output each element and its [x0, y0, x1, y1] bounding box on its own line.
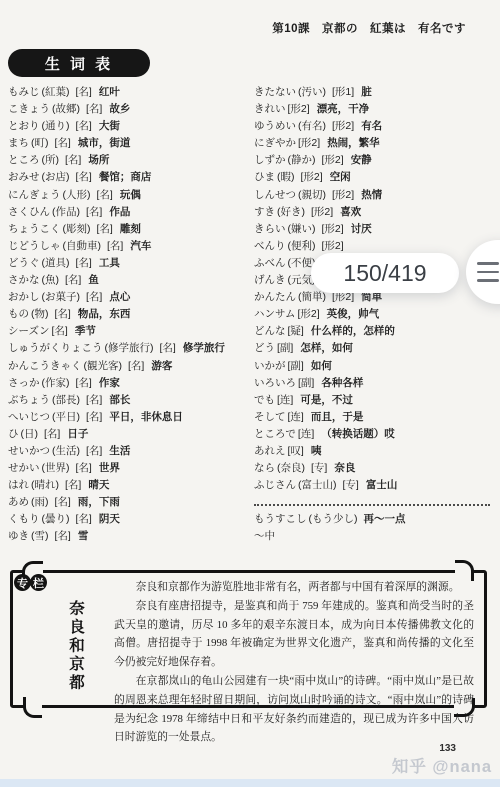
vocab-kana: ふべん: [254, 257, 286, 269]
vocab-meaning: 部长: [109, 394, 130, 406]
vocab-kana: はれ: [8, 479, 29, 491]
vocab-entry: すき(好き)[形2]喜欢: [254, 204, 492, 221]
vocab-kanji: (物): [31, 308, 49, 320]
vocab-entry: ところ(所)[名]场所: [8, 152, 254, 169]
vocab-kana: ゆうめい: [254, 120, 296, 132]
vocab-pos: [形2]: [298, 137, 320, 149]
vocab-kanji: (有名): [298, 120, 326, 132]
vocab-meaning: 漂亮，干净: [317, 103, 370, 115]
vocab-kana: でも: [254, 394, 275, 406]
vocab-kanji: (部長): [52, 394, 80, 406]
vocab-pos: [名]: [55, 530, 71, 542]
vocab-kana: ぶちょう: [8, 394, 50, 406]
vocab-entry: どんな[疑]什么样的，怎样的: [254, 323, 492, 340]
vocab-pos: [形2]: [322, 154, 344, 166]
vocab-kanji: (雨): [31, 496, 49, 508]
vocab-entry: なら(奈良)[专]奈良: [254, 460, 492, 477]
vocab-kanji: (もう少し): [309, 513, 358, 525]
vocab-pos: [连]: [288, 411, 304, 423]
vocab-kanji: (親切): [298, 189, 326, 201]
vocab-entry: へいじつ(平日)[名]平日，非休息日: [8, 409, 254, 426]
vocab-meaning: 场所: [88, 154, 109, 166]
vocab-kanji: (嫌い): [288, 223, 316, 235]
vocab-kanji: (静か): [288, 154, 316, 166]
vocab-entry: でも[连]可是，不过: [254, 392, 492, 409]
vocab-meaning: 作品: [109, 206, 130, 218]
vocab-kana: あれえ: [254, 445, 286, 457]
vocab-pos: [名]: [76, 462, 92, 474]
vocab-kanji: (お菓子): [42, 291, 81, 303]
vocab-pos: [名]: [51, 325, 67, 337]
vocab-entry: さくひん(作品)[名]作品: [8, 204, 254, 221]
vocab-kana: さかな: [8, 274, 40, 286]
vocab-entry: はれ(晴れ)[名]晴天: [8, 477, 254, 494]
vocab-kana: さくひん: [8, 206, 50, 218]
hamburger-menu-icon: [477, 279, 499, 282]
vocab-pos: [名]: [76, 377, 92, 389]
vocab-kanji: (紅葉): [42, 86, 70, 98]
vocab-pos: [副]: [277, 342, 293, 354]
box-corner-ornament: [23, 697, 42, 718]
column-paragraph: 奈良有座唐招提寺，是鉴真和尚于 759 年建成的。鉴真和尚受当时的圣武天皇的邀请…: [114, 597, 474, 672]
vocab-kana: おみせ: [8, 171, 40, 183]
vocab-kanji: (町): [31, 137, 49, 149]
vocab-meaning: 季节: [75, 325, 96, 337]
vocab-meaning: 咦: [311, 445, 322, 457]
vocab-entry: こきょう(故郷)[名]故乡: [8, 101, 254, 118]
vocab-entry: くもり(曇り)[名]阴天: [8, 511, 254, 528]
vocab-kana: もみじ: [8, 86, 40, 98]
vocab-kana: かんたん: [254, 291, 296, 303]
vocab-pos: [名]: [128, 360, 144, 372]
vocab-entry: さかな(魚)[名]鱼: [8, 272, 254, 289]
vocab-meaning: 什么样的，怎样的: [311, 325, 395, 337]
vocab-entry: にんぎょう(人形)[名]玩偶: [8, 187, 254, 204]
vocab-meaning: 可是，不过: [300, 394, 353, 406]
column-badge-char: 专: [14, 574, 31, 591]
vocab-entry: さっか(作家)[名]作家: [8, 375, 254, 392]
vocab-meaning: 喜欢: [340, 206, 361, 218]
vocab-kana: きらい: [254, 223, 286, 235]
vocab-section-badge: 生 词 表: [8, 49, 150, 77]
vocab-meaning: 奈良: [334, 462, 355, 474]
vocab-kanji: (生活): [52, 445, 80, 457]
vocab-meaning: 游客: [151, 360, 172, 372]
vocab-kana: どうぐ: [8, 257, 40, 269]
vocab-pos: [连]: [298, 428, 314, 440]
vocab-pos: [疑]: [288, 325, 304, 337]
vocab-pos: [形2]: [332, 189, 354, 201]
vocab-meaning: 点心: [109, 291, 130, 303]
vocab-entry: そして[连]而且，于是: [254, 409, 492, 426]
vocab-entry: ゆき(雪)[名]雪: [8, 528, 254, 545]
vocab-pos: [名]: [65, 274, 81, 286]
dotted-separator: [254, 504, 490, 506]
vocab-kanji: (修学旅行): [105, 342, 154, 354]
vocab-kana: すき: [254, 206, 275, 218]
vocab-kana: ひ: [8, 428, 19, 440]
vocab-kana: きれい: [254, 103, 286, 115]
hamburger-menu-icon: [477, 262, 499, 265]
vocab-entry: シーズン[名]季节: [8, 323, 254, 340]
vocab-pos: [名]: [65, 154, 81, 166]
vocab-meaning: 晴天: [88, 479, 109, 491]
vocab-meaning: 物品，东西: [78, 308, 131, 320]
vocab-kana: こきょう: [8, 103, 50, 115]
vocab-pos: [形2]: [297, 308, 319, 320]
vocab-pos: [名]: [86, 291, 102, 303]
vocab-kana: せいかつ: [8, 445, 50, 457]
vocab-entry: きたない(汚い)[形1]脏: [254, 84, 492, 101]
vocab-entry: じどうしゃ(自動車)[名]汽车: [8, 238, 254, 255]
vocab-pos: [副]: [288, 360, 304, 372]
vocab-pos: [专]: [311, 462, 327, 474]
lesson-title: 第10課 京都の 紅葉は 有名です: [272, 20, 466, 36]
vocab-entry: あれえ[叹]咦: [254, 443, 492, 460]
vocab-kanji: (道具): [42, 257, 70, 269]
vocab-kanji: (暇): [277, 171, 295, 183]
vocab-entry: どうぐ(道具)[名]工具: [8, 255, 254, 272]
vocab-pos: [名]: [55, 137, 71, 149]
vocab-pos: [名]: [76, 257, 92, 269]
vocab-kanji: (汚い): [298, 86, 326, 98]
vocab-meaning: 有名: [361, 120, 382, 132]
vocab-meaning: 空闲: [330, 171, 351, 183]
vocab-kana: ちょうこく: [8, 223, 61, 235]
vocab-entry: かんこうきゃく(観光客)[名]游客: [8, 358, 254, 375]
vocab-kanji: (魚): [42, 274, 60, 286]
vocab-meaning: 世界: [99, 462, 120, 474]
vocab-pos: [形2]: [301, 171, 323, 183]
vocab-list: もみじ(紅葉)[名]红叶こきょう(故郷)[名]故乡とおり(通り)[名]大街まち(…: [8, 84, 492, 546]
vocab-pos: [名]: [107, 240, 123, 252]
vocab-kana: しゅうがくりょこう: [8, 342, 103, 354]
vocab-kanji: (日): [21, 428, 39, 440]
vocab-kanji: (富士山): [298, 479, 337, 491]
vocab-entry: きらい(嫌い)[形2]讨厌: [254, 221, 492, 238]
vocab-column-left: もみじ(紅葉)[名]红叶こきょう(故郷)[名]故乡とおり(通り)[名]大街まち(…: [8, 84, 254, 546]
vocab-kana: もの: [8, 308, 29, 320]
vocab-kana: おかし: [8, 291, 40, 303]
vocab-meaning: 修学旅行: [183, 342, 225, 354]
vocab-meaning: （转换话题）哎: [321, 428, 395, 440]
vocab-entry: せいかつ(生活)[名]生活: [8, 443, 254, 460]
vocab-meaning: 雪: [78, 530, 89, 542]
vocab-meaning: 讨厌: [351, 223, 372, 235]
vocab-entry: ぶちょう(部長)[名]部长: [8, 392, 254, 409]
vocab-kanji: (曇り): [42, 513, 70, 525]
culture-column-box: 专 栏 奈良和京都 奈良和京都作为游览胜地非常有名，两者都与中国有着深厚的渊源。…: [10, 570, 487, 708]
vocab-kana: シーズン: [8, 325, 49, 337]
vocab-entry: しんせつ(親切)[形2]热情: [254, 187, 492, 204]
page-progress-indicator: 150/419: [311, 253, 459, 293]
vocab-meaning: 再～一点: [364, 513, 406, 525]
vocab-meaning: 玩偶: [120, 189, 141, 201]
vocab-pos: [名]: [76, 171, 92, 183]
app-background-strip: [0, 779, 500, 787]
vocab-kana: どんな: [254, 325, 286, 337]
vocab-meaning: 安静: [351, 154, 372, 166]
vocab-entry: ゆうめい(有名)[形2]有名: [254, 118, 492, 135]
vocab-meaning: 汽车: [130, 240, 151, 252]
vocab-kanji: (雪): [31, 530, 49, 542]
vocab-kana: なら: [254, 462, 275, 474]
vocab-kana: へいじつ: [8, 411, 50, 423]
vocab-meaning: 各种各样: [321, 377, 363, 389]
vocab-meaning: 平日，非休息日: [109, 411, 183, 423]
vocab-entry: とおり(通り)[名]大街: [8, 118, 254, 135]
vocab-kana: もうすこし: [254, 513, 307, 525]
vocab-kanji: (簡単): [298, 291, 326, 303]
vocab-entry: まち(町)[名]城市，街道: [8, 135, 254, 152]
vocab-kana: にぎやか: [254, 137, 296, 149]
vocab-kanji: (彫刻): [63, 223, 91, 235]
vocab-kanji: (人形): [63, 189, 91, 201]
vocab-kanji: (奈良): [277, 462, 305, 474]
vocab-pos: [名]: [76, 120, 92, 132]
vocab-kana: きたない: [254, 86, 296, 98]
column-badge-char: 栏: [30, 574, 47, 591]
vocab-kana: しずか: [254, 154, 286, 166]
vocab-meaning: 如何: [311, 360, 332, 372]
vocab-meaning: 大街: [99, 120, 120, 132]
vocab-pos: [名]: [44, 428, 60, 440]
vocab-meaning: 工具: [99, 257, 120, 269]
vocab-kanji: (作家): [42, 377, 70, 389]
vocab-kanji: (好き): [277, 206, 305, 218]
vocab-pos: [形2]: [311, 206, 333, 218]
vocab-kanji: (所): [42, 154, 60, 166]
vocab-meaning: 红叶: [99, 86, 120, 98]
vocab-pos: [专]: [343, 479, 359, 491]
vocab-kana: さっか: [8, 377, 40, 389]
vocab-meaning: 餐馆；商店: [99, 171, 152, 183]
vocab-pos: [名]: [76, 513, 92, 525]
vocab-pos: [名]: [76, 86, 92, 98]
vocab-pos: [名]: [86, 411, 102, 423]
vocab-kana: まち: [8, 137, 29, 149]
vocab-meaning: 而且，于是: [311, 411, 364, 423]
vocab-entry: あめ(雨)[名]雨，下雨: [8, 494, 254, 511]
vocab-entry: もうすこし(もう少し)再～一点: [254, 511, 492, 528]
vocab-pos: [形2]: [322, 223, 344, 235]
vocab-meaning: 富士山: [366, 479, 398, 491]
vocab-kana: せかい: [8, 462, 40, 474]
vocab-meaning: 阴天: [99, 513, 120, 525]
vocab-meaning: 热闹，繁华: [327, 137, 380, 149]
vocab-pos: [形2]: [288, 103, 310, 115]
vocab-kana: くもり: [8, 513, 40, 525]
vocab-kanji: (平日): [52, 411, 80, 423]
column-vertical-title: 奈良和京都: [64, 600, 86, 693]
vocab-kana: ひま: [254, 171, 275, 183]
ebook-page: 第10課 京都の 紅葉は 有名です 生 词 表 もみじ(紅葉)[名]红叶こきょう…: [0, 0, 500, 787]
vocab-entry: ふじさん(富士山)[专]富士山: [254, 477, 492, 494]
vocab-meaning: 作家: [99, 377, 120, 389]
vocab-entry: せかい(世界)[名]世界: [8, 460, 254, 477]
vocab-entry: おみせ(お店)[名]餐馆；商店: [8, 169, 254, 186]
vocab-entry: もの(物)[名]物品，东西: [8, 306, 254, 323]
vocab-pos: [名]: [55, 496, 71, 508]
vocab-meaning: 城市，街道: [78, 137, 131, 149]
vocab-entry: きれい[形2]漂亮，干净: [254, 101, 492, 118]
vocab-entry: ～中: [254, 528, 492, 545]
vocab-meaning: 故乡: [109, 103, 130, 115]
vocab-kana: かんこうきゃく: [8, 360, 82, 372]
vocab-pos: [名]: [86, 445, 102, 457]
watermark: 知乎 @nana: [392, 753, 492, 777]
vocab-entry: ハンサム[形2]英俊，帅气: [254, 306, 492, 323]
vocab-pos: [名]: [55, 308, 71, 320]
vocab-kana: ところで: [254, 428, 296, 440]
vocab-kana: そして: [254, 411, 286, 423]
vocab-kana: ところ: [8, 154, 40, 166]
vocab-pos: [名]: [86, 206, 102, 218]
vocab-kanji: (お店): [42, 171, 70, 183]
vocab-kana: とおり: [8, 120, 40, 132]
vocab-kanji: (晴れ): [31, 479, 59, 491]
column-badge: 专 栏: [14, 574, 46, 591]
page-progress-label: 150/419: [343, 260, 426, 287]
vocab-pos: [副]: [298, 377, 314, 389]
vocab-kanji: (便利): [288, 240, 316, 252]
vocab-kanji: (世界): [42, 462, 70, 474]
vocab-pos: [名]: [86, 103, 102, 115]
vocab-entry: ひ(日)[名]日子: [8, 426, 254, 443]
vocab-entry: おかし(お菓子)[名]点心: [8, 289, 254, 306]
vocab-kana: あめ: [8, 496, 29, 508]
vocab-pos: [名]: [86, 394, 102, 406]
vocab-kanji: (自動車): [63, 240, 102, 252]
vocab-entry: ところで[连]（转换话题）哎: [254, 426, 492, 443]
vocab-pos: [形2]: [332, 120, 354, 132]
vocab-kana: げんき: [254, 274, 286, 286]
vocab-meaning: 日子: [67, 428, 88, 440]
column-paragraph: 奈良和京都作为游览胜地非常有名，两者都与中国有着深厚的渊源。: [114, 578, 474, 597]
vocab-pos: [形1]: [332, 86, 354, 98]
vocab-pos: [名]: [65, 479, 81, 491]
vocab-kana: じどうしゃ: [8, 240, 61, 252]
vocab-kana: ～中: [254, 530, 275, 542]
vocab-column-right: きたない(汚い)[形1]脏きれい[形2]漂亮，干净ゆうめい(有名)[形2]有名に…: [254, 84, 492, 546]
vocab-pos: [连]: [277, 394, 293, 406]
vocab-meaning: 雕刻: [120, 223, 141, 235]
column-paragraph: 在京都岚山的龟山公园建有一块“雨中岚山”的诗碑。“雨中岚山”是已故的周恩来总理年…: [114, 672, 474, 747]
hamburger-menu-icon: [477, 271, 499, 274]
vocab-kanji: (故郷): [52, 103, 80, 115]
vocab-meaning: 脏: [361, 86, 372, 98]
vocab-kana: にんぎょう: [8, 189, 61, 201]
vocab-entry: にぎやか[形2]热闹，繁华: [254, 135, 492, 152]
vocab-meaning: 雨，下雨: [78, 496, 120, 508]
vocab-kana: べんり: [254, 240, 286, 252]
vocab-section-title: 生 词 表: [45, 53, 113, 74]
vocab-kana: ハンサム: [254, 308, 295, 320]
vocab-pos: [形2]: [322, 240, 344, 252]
vocab-kana: いろいろ: [254, 377, 296, 389]
vocab-kana: ふじさん: [254, 479, 296, 491]
vocab-kanji: (通り): [42, 120, 70, 132]
vocab-entry: どう[副]怎样，如何: [254, 340, 492, 357]
vocab-pos: [名]: [97, 223, 113, 235]
vocab-pos: [名]: [160, 342, 176, 354]
vocab-entry: ひま(暇)[形2]空闲: [254, 169, 492, 186]
vocab-entry: もみじ(紅葉)[名]红叶: [8, 84, 254, 101]
vocab-entry: しずか(静か)[形2]安静: [254, 152, 492, 169]
vocab-kanji: (観光客): [84, 360, 123, 372]
vocab-kana: ゆき: [8, 530, 29, 542]
vocab-kanji: (作品): [52, 206, 80, 218]
vocab-entry: いかが[副]如何: [254, 358, 492, 375]
vocab-meaning: 鱼: [88, 274, 99, 286]
vocab-pos: [叹]: [288, 445, 304, 457]
vocab-meaning: 热情: [361, 189, 382, 201]
column-text: 奈良和京都作为游览胜地非常有名，两者都与中国有着深厚的渊源。奈良有座唐招提寺，是…: [114, 578, 474, 747]
vocab-entry: しゅうがくりょこう(修学旅行)[名]修学旅行: [8, 340, 254, 357]
vocab-meaning: 怎样，如何: [300, 342, 353, 354]
vocab-meaning: 英俊，帅气: [327, 308, 380, 320]
vocab-meaning: 生活: [109, 445, 130, 457]
vocab-kana: どう: [254, 342, 275, 354]
vocab-kana: しんせつ: [254, 189, 296, 201]
vocab-entry: ちょうこく(彫刻)[名]雕刻: [8, 221, 254, 238]
vocab-entry: いろいろ[副]各种各样: [254, 375, 492, 392]
vocab-kana: いかが: [254, 360, 286, 372]
vocab-pos: [名]: [97, 189, 113, 201]
